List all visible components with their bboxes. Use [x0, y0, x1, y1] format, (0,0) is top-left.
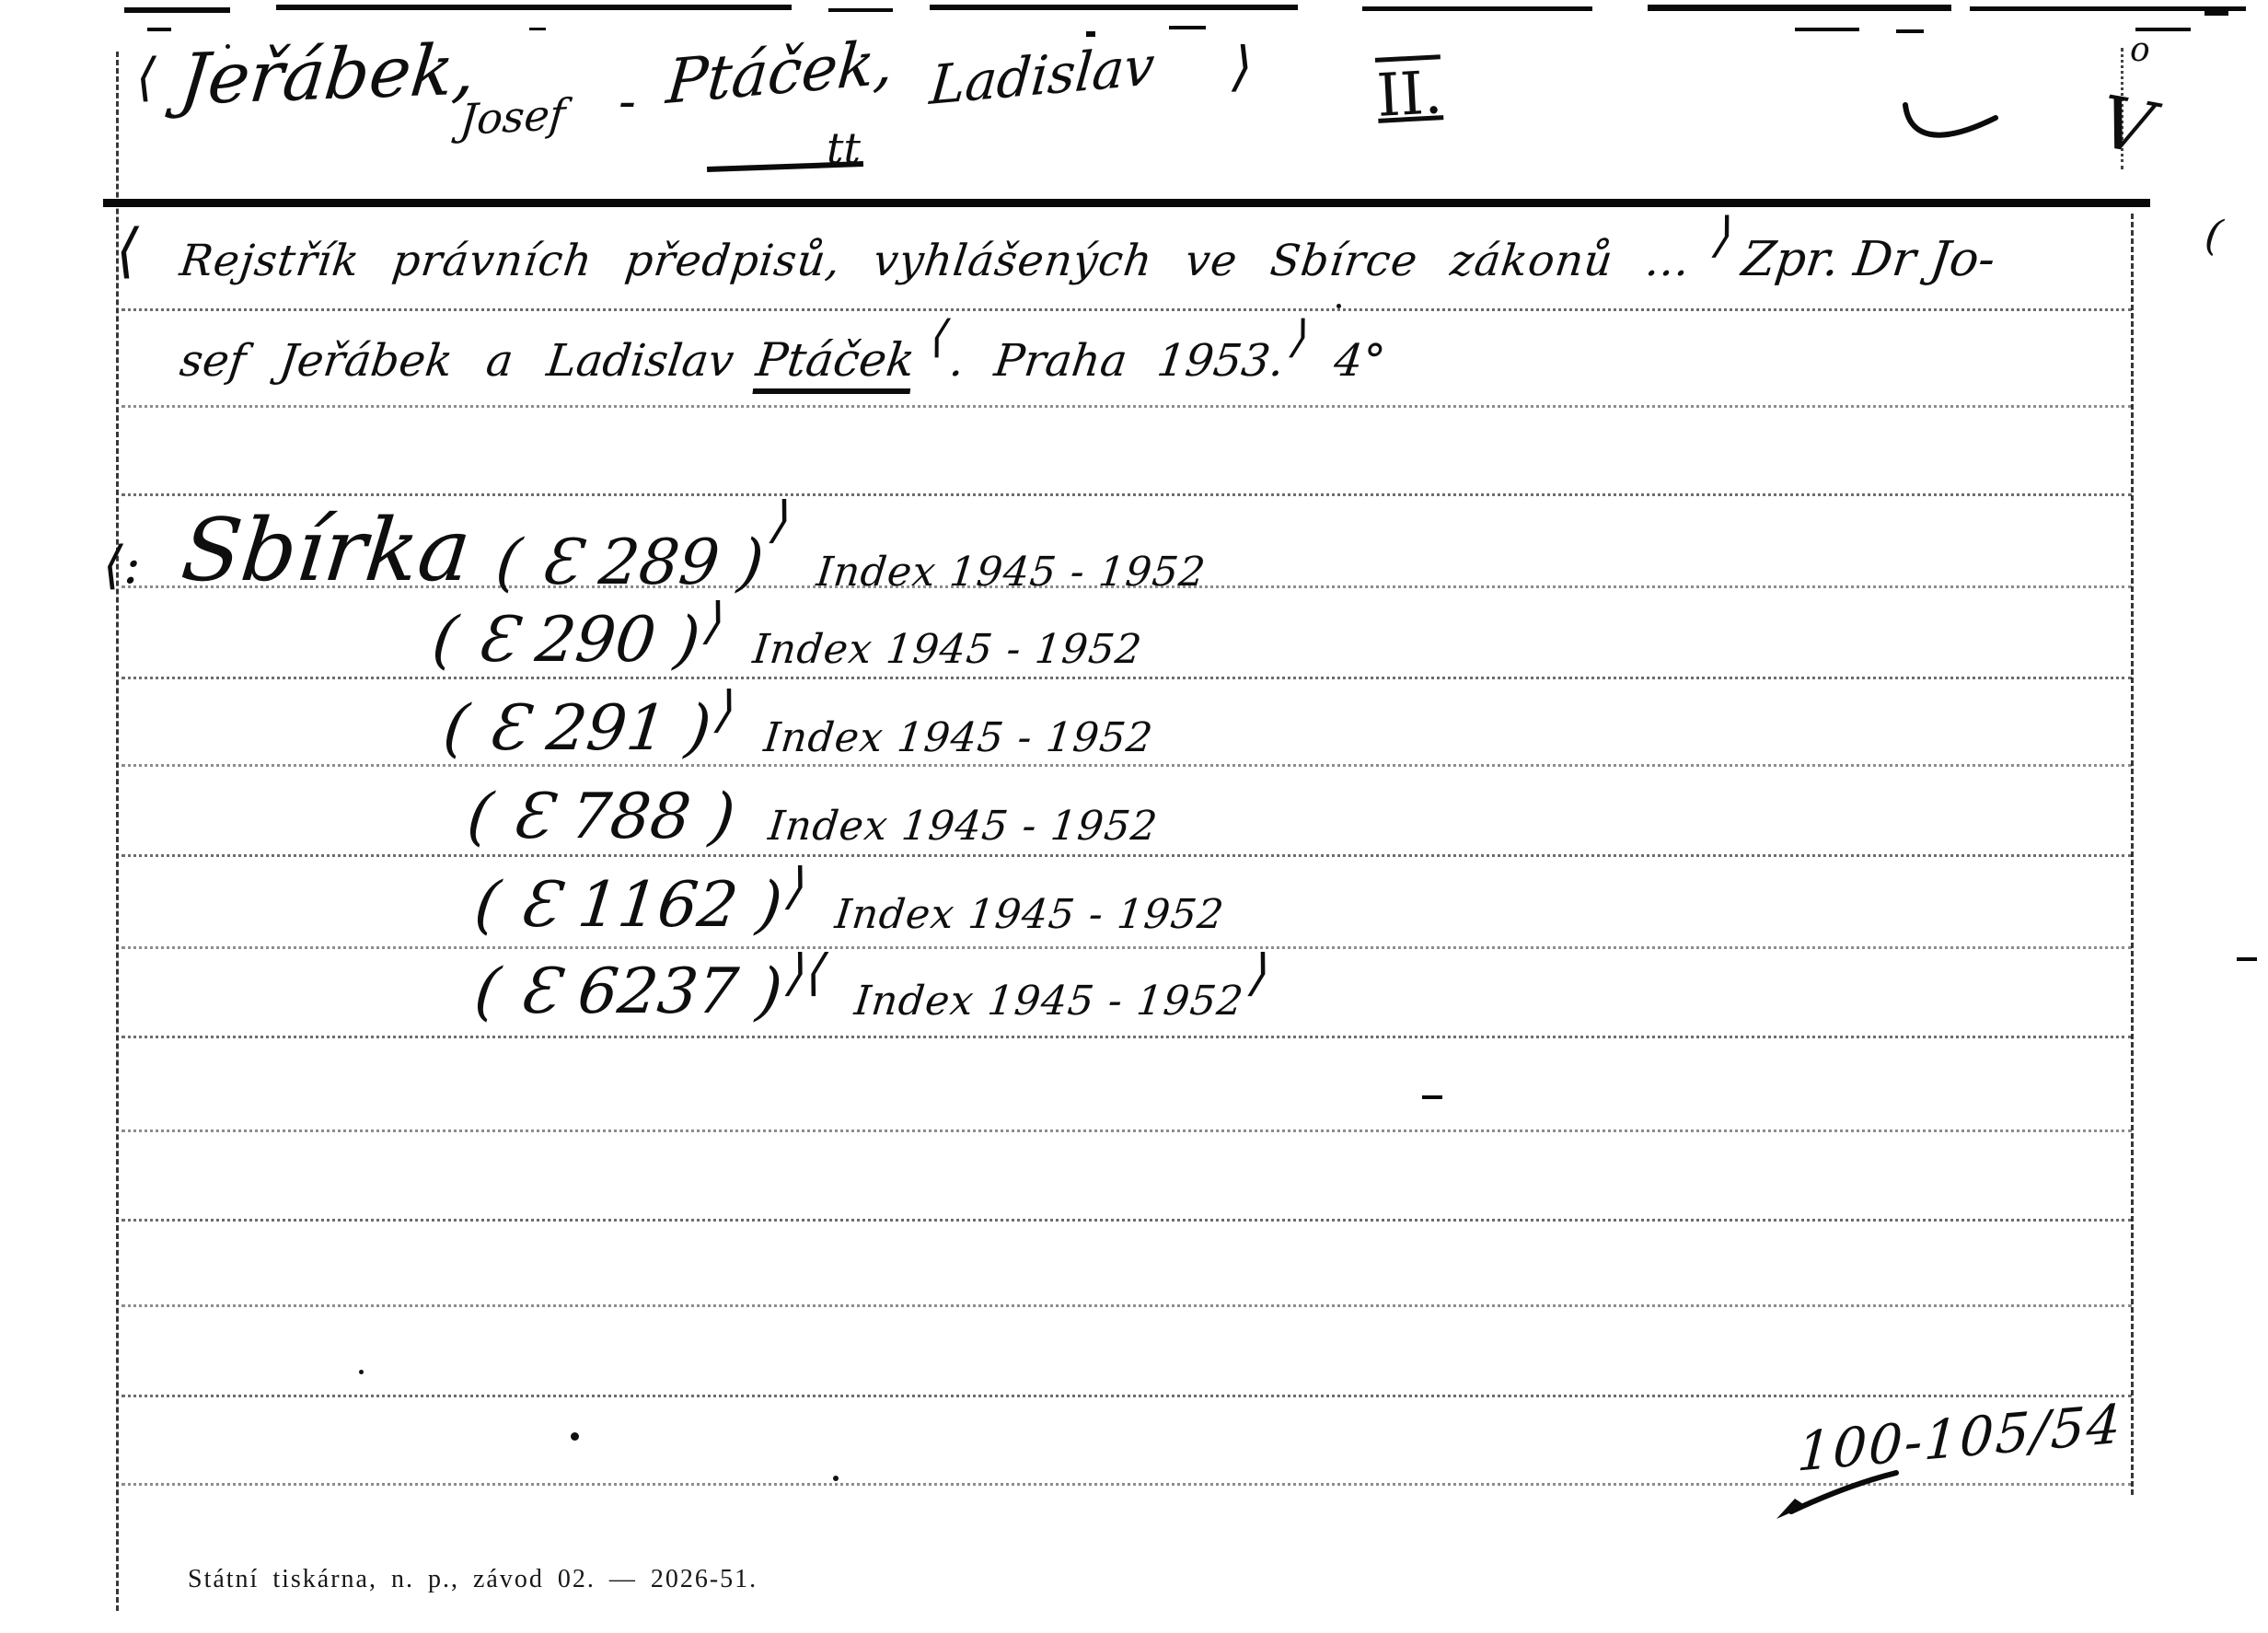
- noise-fragment: [147, 28, 171, 31]
- body-line-2-name: Ptáček: [752, 333, 918, 394]
- insert-mark: ⟩: [769, 495, 793, 545]
- body-line-2-open-mark: ⟨: [928, 311, 952, 363]
- catalog-card-scan: ⟨ Jeřábek, Josef - Ptáček, Ladislav ⟩ tt…: [0, 0, 2268, 1633]
- holdings-number: ( Ɛ 788 ): [464, 786, 737, 849]
- holdings-number: ( Ɛ 289 ): [493, 532, 767, 595]
- header-firstname-1: Josef: [458, 89, 568, 145]
- holdings-insert-mark: ⟨:: [103, 536, 141, 596]
- header-numeral: II.: [1375, 59, 1444, 131]
- ruled-line: [121, 405, 2132, 408]
- holdings-row: ( Ɛ 6237 ) ⟩⟨ Index 1945 - 1952 ⟩: [471, 961, 1270, 1024]
- insert-mark: ⟩: [785, 862, 810, 911]
- noise-fragment: [124, 7, 230, 13]
- ruled-line: [121, 1395, 2132, 1397]
- holdings-label: Sbírka: [178, 508, 474, 595]
- body-line-2-start: sef Jeřábek a Ladislav: [177, 335, 736, 387]
- body-line-1-end: Zpr. Dr Jo-: [1739, 232, 1998, 287]
- holdings-row: ( Ɛ 788 ) Index 1945 - 1952: [464, 786, 1162, 849]
- header-rule: [103, 199, 2150, 207]
- ruled-line: [121, 946, 2132, 949]
- left-dashed-border: [116, 52, 119, 1611]
- noise-fragment: [2237, 957, 2257, 961]
- ruled-line: [121, 1129, 2132, 1132]
- holdings-row: ( Ɛ 1162 ) ⟩ Index 1945 - 1952: [471, 874, 1228, 937]
- body-line-2-format: 4°: [1331, 335, 1387, 387]
- noise-fragment: [529, 28, 546, 30]
- holdings-index: Index 1945 - 1952: [762, 718, 1155, 759]
- body-line-1-text: Rejstřík právních předpisů, vyhlášených …: [177, 236, 1693, 286]
- holdings-index: Index 1945 - 1952: [833, 895, 1226, 935]
- body-line-2-close-mark: ⟩: [1289, 311, 1313, 363]
- noise-fragment: [828, 8, 893, 12]
- body-line-1-insert-mark: ⟩: [1711, 208, 1737, 263]
- holdings-row: ( Ɛ 290 ) ⟩ Index 1945 - 1952: [429, 609, 1146, 672]
- header-dash: -: [619, 72, 636, 132]
- corner-v-mark: V: [2094, 81, 2159, 171]
- imprint: Státní tiskárna, n. p., závod 02. — 2026…: [188, 1565, 758, 1594]
- ink-speck: [571, 1432, 579, 1441]
- holdings-index: Index 1945 - 1952: [751, 630, 1144, 670]
- ink-speck: [833, 1476, 839, 1481]
- holdings-number: ( Ɛ 1162 ): [471, 874, 784, 937]
- holdings-row: Sbírka ( Ɛ 289 ) ⟩ Index 1945 - 1952: [178, 508, 1212, 595]
- holdings-number: ( Ɛ 6237 ): [471, 961, 784, 1024]
- ruled-line: [121, 764, 2132, 767]
- noise-fragment: [930, 5, 1298, 10]
- holdings-index: Index 1945 - 1952: [852, 981, 1245, 1022]
- ruled-line: [121, 677, 2132, 679]
- ruled-line: [121, 493, 2132, 496]
- noise-fragment: [1896, 29, 1924, 33]
- arrow-mark: [1767, 1465, 1905, 1524]
- noise-fragment: [276, 5, 792, 10]
- body-line-1: Rejstřík právních předpisů, vyhlášených …: [177, 232, 2135, 287]
- body-line-2: sef Jeřábek a Ladislav Ptáček ⟨ . Praha …: [177, 333, 1388, 387]
- stray-paren-mark: (: [2202, 209, 2225, 261]
- noise-fragment: [1169, 26, 1206, 29]
- ruled-line: [121, 1036, 2132, 1038]
- noise-fragment: [1648, 5, 1951, 11]
- header-firstname-2: Ladislav: [927, 34, 1157, 117]
- insert-mark: ⟩⟨: [785, 948, 829, 998]
- noise-fragment: [1086, 31, 1095, 37]
- ruled-line: [121, 854, 2132, 857]
- double-underline-tt: tt: [827, 123, 861, 173]
- header-surname-1: Jeřábek,: [176, 28, 480, 121]
- ruled-line: [121, 1304, 2132, 1307]
- header-surname-2: Ptáček,: [664, 27, 897, 118]
- insert-mark: ⟩: [702, 596, 727, 646]
- holdings-index: Index 1945 - 1952: [815, 552, 1208, 593]
- noise-fragment: [1795, 28, 1859, 31]
- holdings-number: ( Ɛ 290 ): [429, 609, 702, 672]
- corner-degree-mark: o: [2130, 31, 2150, 69]
- body-line-2-mid: . Praha 1953.: [947, 335, 1287, 387]
- insert-mark-tail: ⟩: [1247, 948, 1272, 998]
- noise-fragment: [1970, 6, 2246, 11]
- holdings-index: Index 1945 - 1952: [767, 806, 1160, 847]
- header-insert-mark: ⟨: [136, 48, 156, 108]
- noise-fragment: [2204, 11, 2228, 16]
- body-insert-mark: ⟨: [116, 217, 139, 285]
- ruled-line: [121, 308, 2132, 311]
- checkmark-stroke: [1896, 99, 2007, 151]
- ink-speck: [359, 1370, 364, 1374]
- insert-mark: ⟩: [713, 685, 738, 735]
- holdings-number: ( Ɛ 291 ): [440, 698, 713, 760]
- holdings-row: ( Ɛ 291 ) ⟩ Index 1945 - 1952: [440, 698, 1157, 760]
- header-close-mark: ⟩: [1232, 35, 1253, 98]
- ruled-line: [121, 1219, 2132, 1222]
- noise-fragment: [1422, 1095, 1442, 1099]
- noise-fragment: [1362, 6, 1592, 11]
